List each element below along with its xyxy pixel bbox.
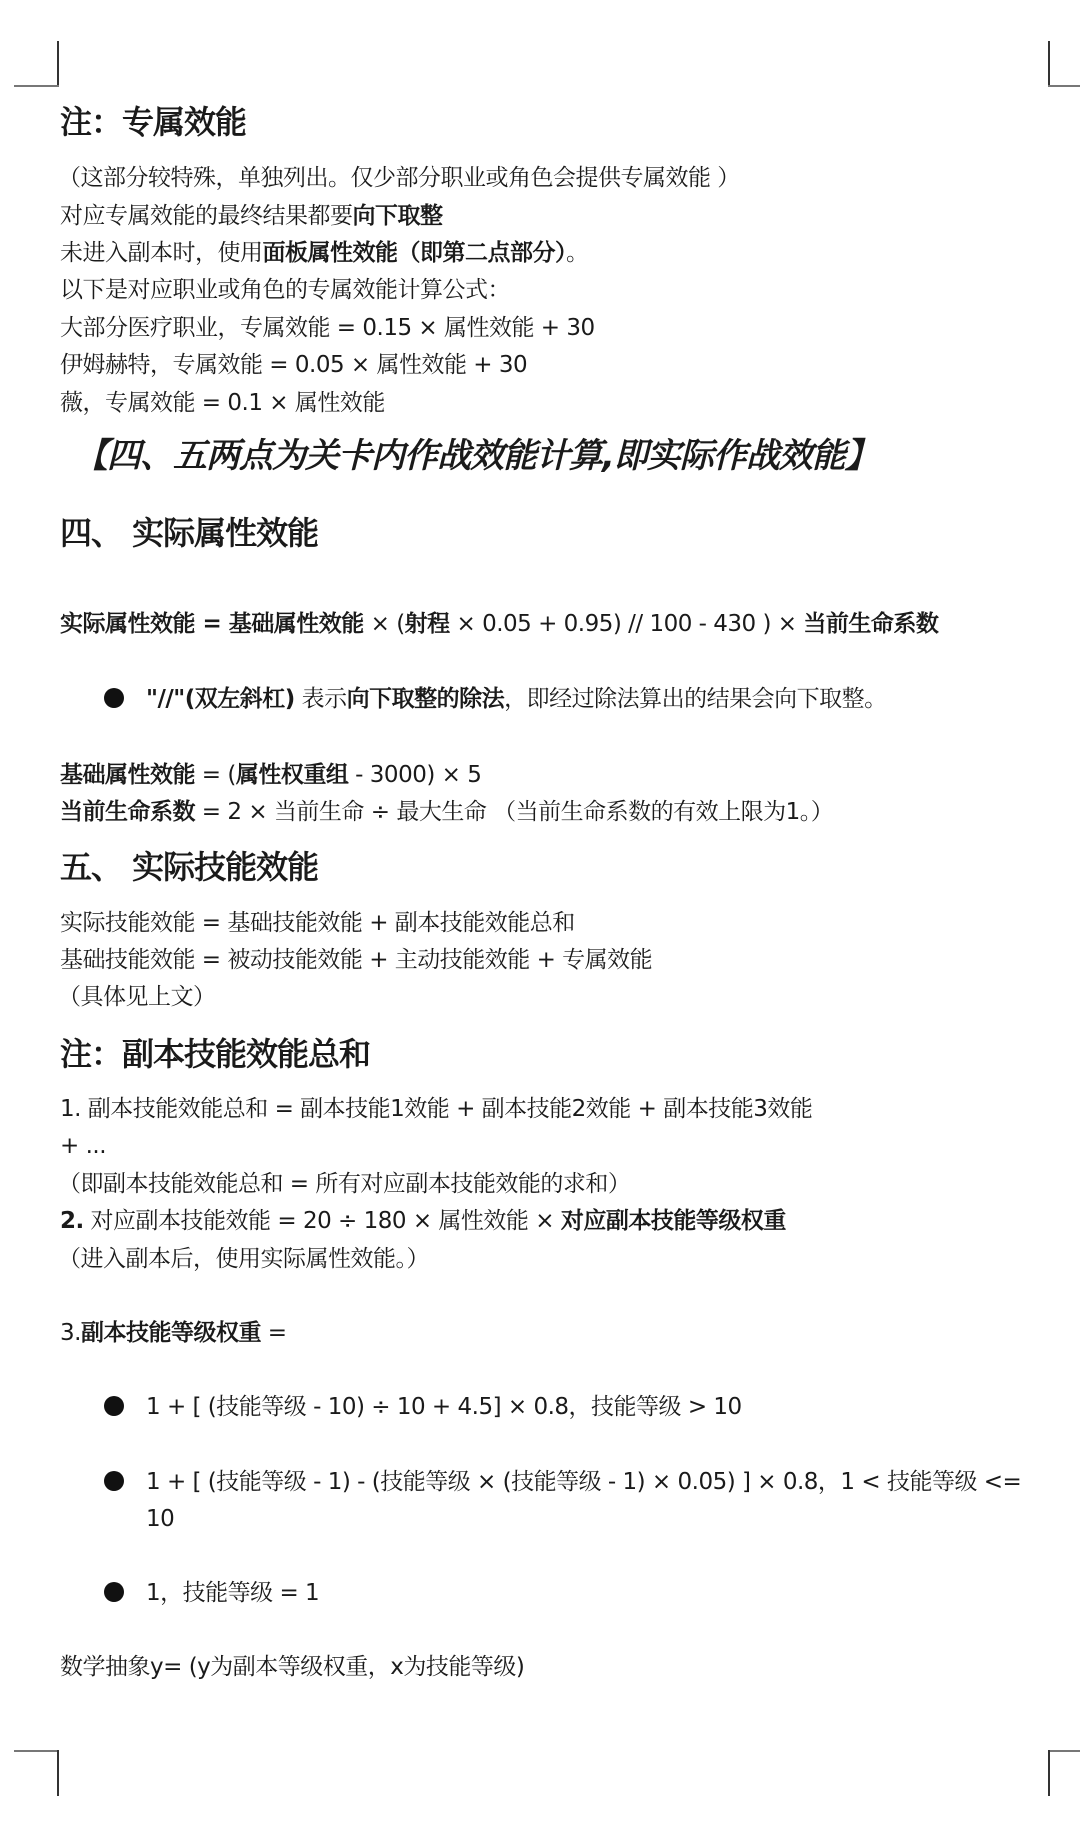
bold-text: 面板属性效能（即第二点部分） (263, 240, 567, 266)
bold-text: 当前生命系数 (803, 611, 938, 637)
heading-section-five: 五、 实际技能效能 (60, 847, 318, 887)
text: = (261, 1320, 287, 1346)
bullet-icon (104, 1582, 124, 1602)
see-above-note: （具体见上文） (58, 982, 216, 1012)
bold-text: 副本技能等级权重 (81, 1320, 261, 1346)
crop-mark-top-right-v (1048, 41, 1050, 86)
base-attribute-formula: 基础属性效能 = (属性权重组 - 3000) × 5 (60, 760, 481, 790)
text: 未进入副本时，使用 (60, 240, 263, 266)
text: 1 + [ (技能等级 - 10) ÷ 10 + 4.5] × 0.8，技能等级… (146, 1394, 742, 1420)
base-skill-formula: 基础技能效能 = 被动技能效能 + 主动技能效能 + 专属效能 (60, 945, 652, 975)
weight-bullet-1-10-cont: 10 (146, 1504, 174, 1534)
crop-mark-bottom-left-v (57, 1750, 59, 1796)
heading-instance-skill-sum: 注：副本技能效能总和 (60, 1034, 370, 1074)
floor-division-bullet: "//"(双左斜杠) 表示向下取整的除法，即经过除法算出的结果会向下取整。 (104, 684, 887, 714)
section-banner: 【四、五两点为关卡内作战效能计算,即实际作战效能】 (74, 434, 878, 478)
sum-formula-item1-cont: + ... (60, 1131, 106, 1161)
text: 对应副本技能效能 = 20 ÷ 180 × 属性效能 × (84, 1208, 561, 1234)
sum-formula-item3: 3.副本技能等级权重 = (60, 1318, 287, 1348)
math-abstract: 数学抽象y= (y为副本等级权重，x为技能等级) (60, 1652, 524, 1682)
exclusive-formula-imhotep: 伊姆赫特，专属效能 = 0.05 × 属性效能 + 30 (60, 350, 527, 380)
text: = 2 × 当前生命 ÷ 最大生命 （当前生命系数的有效上限为1。） (195, 799, 833, 825)
text: 1，技能等级 = 1 (146, 1580, 319, 1606)
crop-mark-top-left-v (57, 41, 59, 86)
sum-formula-item1: 1. 副本技能效能总和 = 副本技能1效能 + 副本技能2效能 + 副本技能3效… (60, 1094, 812, 1124)
bullet-icon (104, 1471, 124, 1491)
text: × 0.05 + 0.95) // 100 - 430 ) × (450, 611, 804, 637)
text: × ( (364, 611, 405, 637)
sum-formula-item2-note: （进入副本后，使用实际属性效能。） (58, 1244, 429, 1274)
exclusive-formula-medic: 大部分医疗职业，专属效能 = 0.15 × 属性效能 + 30 (60, 313, 595, 343)
sum-formula-item1-note: （即副本技能效能总和 = 所有对应副本技能效能的求和） (58, 1169, 630, 1199)
text: 1 + [ (技能等级 - 1) - (技能等级 × (技能等级 - 1) × … (146, 1469, 1021, 1495)
exclusive-formula-vigna: 薇，专属效能 = 0.1 × 属性效能 (60, 388, 385, 418)
actual-attribute-formula: 实际属性效能 = 基础属性效能 × (射程 × 0.05 + 0.95) // … (60, 609, 938, 639)
weight-bullet-eq1: 1，技能等级 = 1 (104, 1578, 319, 1608)
text: 。 (566, 240, 589, 266)
bold-text: 向下取整 (353, 203, 443, 229)
text: 表示 (295, 686, 347, 712)
item-number: 3. (60, 1320, 81, 1346)
weight-bullet-1-10: 1 + [ (技能等级 - 1) - (技能等级 × (技能等级 - 1) × … (104, 1467, 1021, 1497)
bullet-icon (104, 688, 124, 708)
heading-exclusive-efficiency: 注：专属效能 (60, 102, 246, 142)
text: - 3000) × 5 (348, 762, 481, 788)
crop-mark-bottom-right-h (1048, 1750, 1080, 1752)
bullet-icon (104, 1396, 124, 1416)
heading-section-four: 四、 实际属性效能 (60, 513, 318, 553)
life-coefficient-formula: 当前生命系数 = 2 × 当前生命 ÷ 最大生命 （当前生命系数的有效上限为1。… (60, 797, 833, 827)
bold-text: 属性权重组 (236, 762, 349, 788)
weight-bullet-gt10: 1 + [ (技能等级 - 10) ÷ 10 + 4.5] × 0.8，技能等级… (104, 1392, 742, 1422)
exclusive-formula-intro: 以下是对应职业或角色的专属效能计算公式： (60, 275, 510, 305)
bold-text: 实际属性效能 = 基础属性效能 (60, 611, 364, 637)
crop-mark-bottom-right-v (1048, 1750, 1050, 1796)
crop-mark-top-left-h (14, 85, 59, 87)
bold-text: 射程 (405, 611, 450, 637)
text: ，即经过除法算出的结果会向下取整。 (504, 686, 887, 712)
text: = ( (195, 762, 236, 788)
bold-text: 对应副本技能等级权重 (561, 1208, 786, 1234)
sum-formula-item2: 2. 对应副本技能效能 = 20 ÷ 180 × 属性效能 × 对应副本技能等级… (60, 1206, 786, 1236)
text: 对应专属效能的最终结果都要 (60, 203, 353, 229)
item-number: 2. (60, 1208, 84, 1234)
bold-text: 基础属性效能 (60, 762, 195, 788)
exclusive-rounding: 对应专属效能的最终结果都要向下取整 (60, 201, 443, 231)
exclusive-panel-note: 未进入副本时，使用面板属性效能（即第二点部分）。 (60, 238, 589, 268)
exclusive-intro: （这部分较特殊，单独列出。仅少部分职业或角色会提供专属效能 ） (58, 163, 740, 193)
actual-skill-formula: 实际技能效能 = 基础技能效能 + 副本技能效能总和 (60, 908, 575, 938)
crop-mark-bottom-left-h (14, 1750, 59, 1752)
bold-text: 向下取整的除法 (347, 686, 505, 712)
bold-text: "//"(双左斜杠) (146, 686, 295, 712)
crop-mark-top-right-h (1048, 85, 1080, 87)
bold-text: 当前生命系数 (60, 799, 195, 825)
